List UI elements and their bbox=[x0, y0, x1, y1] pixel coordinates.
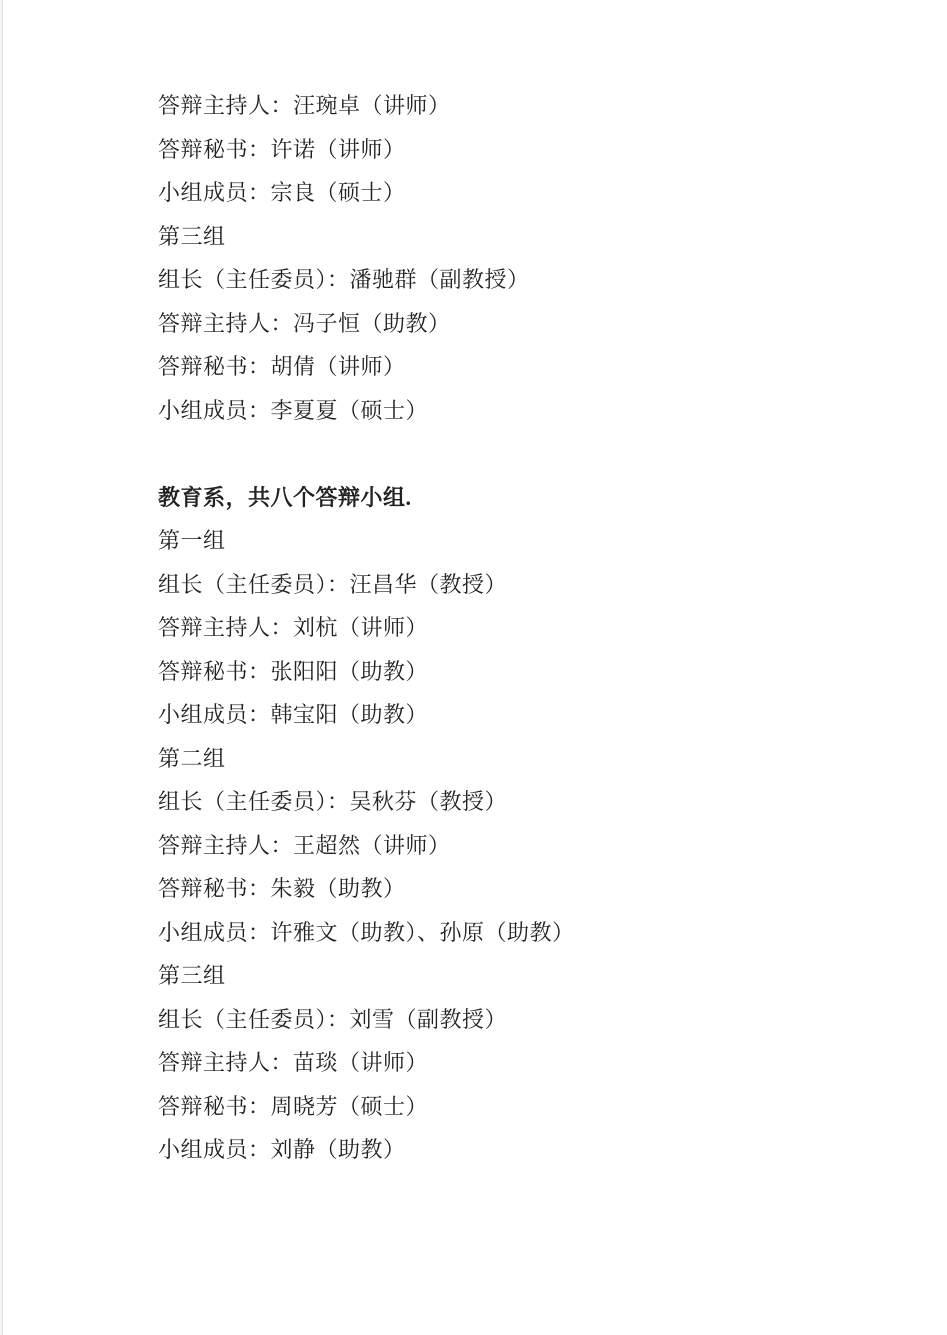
document-line: 小组成员：宗良（硕士） bbox=[158, 171, 907, 215]
document-line: 答辩秘书：许诺（讲师） bbox=[158, 128, 907, 172]
document-line: 小组成员：刘静（助教） bbox=[158, 1128, 907, 1172]
document-line: 第一组 bbox=[158, 519, 907, 563]
document-line: 第二组 bbox=[158, 737, 907, 781]
blank-line bbox=[158, 432, 907, 476]
document-line: 组长（主任委员）：刘雪（副教授） bbox=[158, 998, 907, 1042]
document-line: 答辩主持人：王超然（讲师） bbox=[158, 824, 907, 868]
document-line: 组长（主任委员）：吴秋芬（教授） bbox=[158, 780, 907, 824]
document-line: 组长（主任委员）：汪昌华（教授） bbox=[158, 563, 907, 607]
section-heading: 教育系，共八个答辩小组. bbox=[158, 476, 907, 520]
document-line: 小组成员：李夏夏（硕士） bbox=[158, 389, 907, 433]
document-line: 小组成员：韩宝阳（助教） bbox=[158, 693, 907, 737]
document-line: 答辩主持人：苗琰（讲师） bbox=[158, 1041, 907, 1085]
document-line: 组长（主任委员）：潘驰群（副教授） bbox=[158, 258, 907, 302]
document-line: 答辩秘书：张阳阳（助教） bbox=[158, 650, 907, 694]
document-line: 第三组 bbox=[158, 954, 907, 998]
document-line: 小组成员：许雅文（助教）、孙原（助教） bbox=[158, 911, 907, 955]
document-canvas: 答辩主持人：汪琬卓（讲师） 答辩秘书：许诺（讲师） 小组成员：宗良（硕士） 第三… bbox=[0, 0, 947, 1335]
document-line: 答辩主持人：冯子恒（助教） bbox=[158, 302, 907, 346]
document-line: 答辩主持人：刘杭（讲师） bbox=[158, 606, 907, 650]
document-page: 答辩主持人：汪琬卓（讲师） 答辩秘书：许诺（讲师） 小组成员：宗良（硕士） 第三… bbox=[0, 0, 947, 1335]
document-line: 答辩秘书：胡倩（讲师） bbox=[158, 345, 907, 389]
document-line: 答辩主持人：汪琬卓（讲师） bbox=[158, 84, 907, 128]
document-line: 答辩秘书：朱毅（助教） bbox=[158, 867, 907, 911]
document-line: 答辩秘书：周晓芳（硕士） bbox=[158, 1085, 907, 1129]
document-line: 第三组 bbox=[158, 215, 907, 259]
